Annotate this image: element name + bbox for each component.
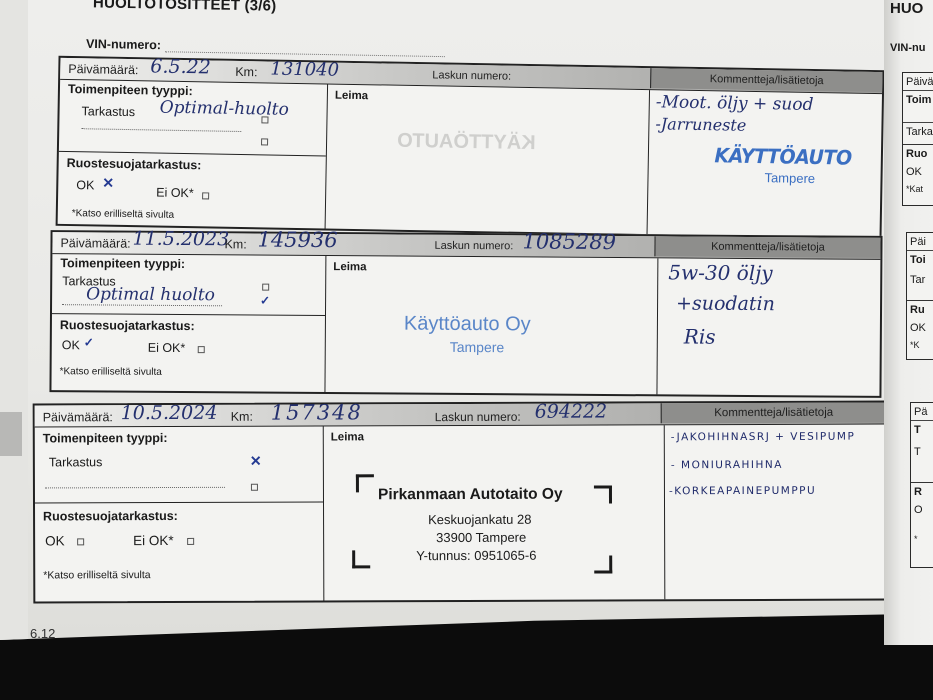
rust-not-ok-label: Ei OK* [148, 341, 186, 355]
rust-not-ok-checkbox[interactable] [202, 192, 209, 199]
adjacent-row: Tarka [903, 123, 933, 145]
operation-column: Toimenpiteen tyyppi: Tarkastus Optimal h… [51, 254, 326, 392]
adjacent-row: T [911, 443, 933, 483]
other-operation-checkbox[interactable] [251, 484, 258, 491]
rust-check-label: Ruostesuojatarkastus: [67, 156, 202, 172]
logbook-page: HUOLTOTOSITTEET (3/6) VIN-numero: Päiväm… [0, 0, 890, 640]
comment-line: -KORKEAPAINEPUMPPU [669, 485, 816, 498]
adjacent-row: OK [907, 319, 933, 337]
comment-line: -Jarruneste [655, 114, 746, 135]
comments-column: -Moot. öljy + suod -Jarruneste KÄYTTÖAUT… [648, 90, 882, 238]
comment-line: 5w-30 öljy [668, 260, 773, 285]
comment-line: Ris [684, 325, 716, 349]
adjacent-row: Toi [907, 251, 933, 271]
km-value: 145936 [257, 228, 337, 253]
km-label: Km: [231, 410, 253, 424]
operation-type-section: Toimenpiteen tyyppi: Tarkastus Optimal-h… [59, 80, 327, 157]
adjacent-row: R [911, 483, 933, 501]
stamp-label: Leima [331, 431, 364, 443]
rust-not-ok-checkbox[interactable] [187, 538, 194, 545]
operation-column: Toimenpiteen tyyppi: Tarkastus Optimal-h… [58, 80, 328, 229]
other-operation-line [45, 487, 225, 489]
stamp-corner-top-right [594, 485, 612, 503]
km-label: Km: [235, 65, 257, 79]
adjacent-record-1: Päivä Toim Tarka Ruo OK *Kat [902, 72, 933, 206]
operation-type-section: Toimenpiteen tyyppi: Tarkastus ✕ [35, 426, 323, 503]
operation-type-label: Toimenpiteen tyyppi: [68, 82, 193, 98]
date-label: Päivämäärä: [68, 62, 138, 77]
page-title: HUOLTOTOSITTEET (3/6) [93, 0, 277, 15]
inspection-note: Optimal-huolto [159, 98, 289, 120]
rust-ok-label: OK [62, 338, 80, 352]
rust-ok-checkmark-icon[interactable]: ✓ [84, 335, 94, 349]
adjacent-row: OK [903, 163, 933, 181]
comments-label: Kommentteja/lisätietoja [661, 403, 886, 424]
adjacent-row: T [911, 421, 933, 443]
comment-line: +suodatin [676, 292, 775, 315]
adjacent-record-3: Pä T T R O * [910, 402, 933, 568]
km-label: Km: [224, 237, 246, 251]
comments-label: Kommentteja/lisätietoja [650, 68, 882, 92]
stamp-column: Leima Pirkanmaan Autotaito Oy Keskuojank… [324, 425, 666, 600]
rust-check-label: Ruostesuojatarkastus: [60, 318, 195, 333]
comments-column: 5w-30 öljy +suodatin Ris [657, 258, 880, 396]
date-value: 11.5.2023 [132, 228, 229, 251]
adjacent-row: *K [907, 337, 933, 359]
adjacent-row: Päivä [903, 73, 933, 91]
adjacent-row: Ru [907, 301, 933, 319]
page-number: 6.12 [30, 626, 55, 641]
comment-line: -Moot. öljy + suod [656, 92, 814, 115]
footnote: *Katso erilliseltä sivulta [72, 208, 174, 221]
rust-ok-label: OK [45, 533, 65, 548]
inspection-label: Tarkastus [49, 455, 103, 469]
date-value: 10.5.2024 [121, 402, 218, 424]
adjacent-row: *Kat [903, 181, 933, 205]
rust-ok-checkmark-icon[interactable]: ✕ [102, 175, 114, 192]
inspection-note: Optimal huolto [86, 284, 215, 305]
inspection-checkmark-icon[interactable]: ✕ [250, 453, 262, 470]
rust-check-label: Ruostesuojatarkastus: [43, 509, 178, 523]
binding-mark [617, 628, 625, 638]
service-record-1: Päivämäärä: 6.5.22 Km: 131040 Laskun num… [56, 56, 885, 240]
inspection-checkbox[interactable] [261, 116, 268, 123]
faded-stamp-impression: KÄYTTÖAUTO [397, 130, 536, 155]
footnote: *Katso erilliseltä sivulta [60, 366, 162, 378]
date-label: Päivämäärä: [43, 410, 113, 424]
stamp-corner-bottom-left [352, 550, 370, 568]
inspection-checkbox[interactable] [262, 284, 269, 291]
operation-type-label: Toimenpiteen tyyppi: [43, 431, 168, 445]
other-operation-checkbox[interactable] [261, 138, 268, 145]
adjacent-page: HUO VIN-nu Päivä Toim Tarka Ruo OK *Kat … [884, 0, 933, 645]
dealer-stamp-city: Tampere [764, 170, 815, 186]
other-operation-line [81, 128, 241, 132]
date-label: Päivämäärä: [60, 236, 130, 250]
invoice-label: Laskun numero: [434, 240, 513, 253]
dealer-stamp-name: Käyttöauto Oy [404, 313, 531, 337]
vin-field: VIN-numero: [86, 37, 445, 57]
operation-type-section: Toimenpiteen tyyppi: Tarkastus Optimal h… [52, 254, 325, 316]
adjacent-row: Ruo [903, 145, 933, 163]
comment-line: - MONIURAHIHNA [671, 459, 783, 471]
dealer-stamp-name: KÄYTTÖAUTO [714, 143, 852, 169]
rust-not-ok-checkbox[interactable] [198, 346, 205, 353]
adjacent-row: * [911, 531, 933, 567]
stamp-corner-bottom-right [594, 555, 612, 573]
rust-not-ok-label: Ei OK* [133, 533, 174, 548]
service-record-2: Päivämäärä: 11.5.2023 Km: 145936 Laskun … [49, 230, 882, 398]
page-tab [0, 412, 22, 456]
adjacent-row: Toim [903, 91, 933, 123]
dealer-stamp-city: Tampere [450, 339, 505, 355]
comment-line: -JAKOHIHNASRJ + VESIPUMP [671, 431, 856, 444]
rust-not-ok-label: Ei OK* [156, 186, 194, 201]
rust-ok-label: OK [76, 178, 94, 192]
stamp-column: Leima KÄYTTÖAUTO [326, 85, 650, 235]
service-record-3: Päivämäärä: 10.5.2024 Km: 157348 Laskun … [33, 401, 889, 604]
workshop-stamp-name: Pirkanmaan Autotaito Oy [378, 486, 563, 505]
footnote: *Katso erilliseltä sivulta [43, 569, 150, 581]
adjacent-row: Pä [911, 403, 933, 421]
invoice-label: Laskun numero: [432, 69, 511, 82]
workshop-stamp-address: Keskuojankatu 28 [428, 512, 531, 527]
date-value: 6.5.22 [150, 55, 211, 78]
stamp-label: Leima [335, 90, 368, 103]
invoice-value: 1085289 [522, 229, 616, 254]
adjacent-page-title: HUO [890, 0, 923, 17]
adjacent-vin-label: VIN-nu [890, 42, 925, 54]
km-value: 157348 [271, 400, 363, 424]
operation-type-label: Toimenpiteen tyyppi: [60, 256, 185, 271]
workshop-stamp-postal: 33900 Tampere [436, 530, 526, 545]
inspection-label: Tarkastus [81, 104, 135, 119]
adjacent-row: Päi [907, 233, 933, 251]
comments-label: Kommentteja/lisätietoja [654, 236, 880, 258]
record-header: Päivämäärä: 10.5.2024 Km: 157348 Laskun … [35, 403, 886, 428]
invoice-label: Laskun numero: [435, 410, 521, 424]
other-operation-checkmark-icon[interactable]: ✓ [260, 294, 270, 308]
adjacent-record-2: Päi Toi Tar Ru OK *K [906, 232, 933, 360]
binding-edge [0, 0, 28, 640]
km-value: 131040 [270, 59, 339, 81]
operation-column: Toimenpiteen tyyppi: Tarkastus ✕ Ruostes… [35, 426, 325, 601]
vin-label: VIN-numero: [86, 37, 161, 52]
workshop-stamp-business-id: Y-tunnus: 0951065-6 [416, 548, 536, 563]
invoice-value: 694222 [535, 400, 608, 422]
stamp-corner-top-left [356, 474, 374, 492]
stamp-label: Leima [333, 261, 366, 273]
stamp-column: Leima Käyttöauto Oy Tampere [325, 256, 658, 394]
comments-column: -JAKOHIHNASRJ + VESIPUMP - MONIURAHIHNA … [665, 425, 887, 600]
adjacent-row: Tar [907, 271, 933, 301]
rust-ok-checkbox[interactable] [77, 538, 84, 545]
adjacent-row: O [911, 501, 933, 531]
